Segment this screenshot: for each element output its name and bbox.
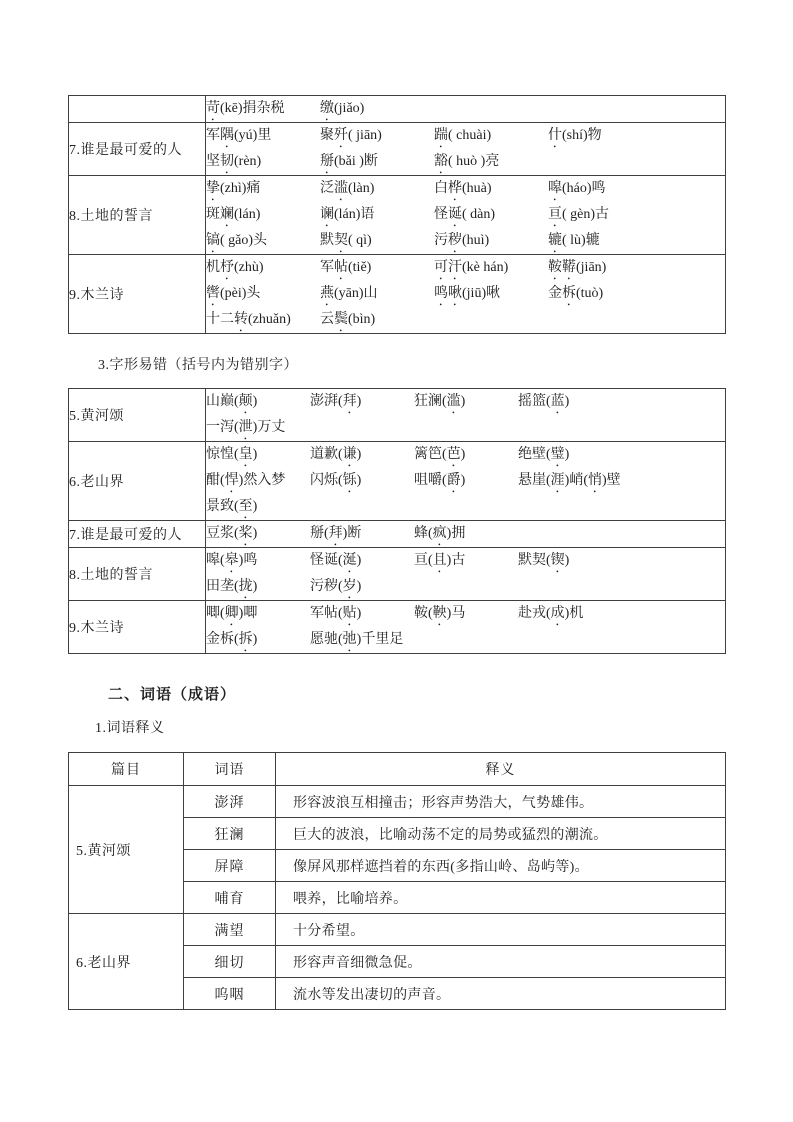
lesson-title-cell: 8.土地的誓言 <box>69 176 206 255</box>
emphasized-char: 隅 <box>220 128 234 143</box>
emphasized-char: 拢 <box>239 579 253 594</box>
terms-line: 山巅(颠)澎湃(拜)狂澜(滥)摇篮(蓝) <box>206 389 725 415</box>
terms-line: 辔(pèi)头燕(yān)山鸣啾(jiū)啾金柝(tuò) <box>206 281 725 307</box>
emphasized-char: 鬓 <box>334 312 348 327</box>
miswritten-table: 5.黄河颂山巅(颠)澎湃(拜)狂澜(滥)摇篮(蓝)一泻(泄)万丈6.老山界惊惶(… <box>68 388 726 654</box>
column-header-pianmu: 篇目 <box>69 753 184 786</box>
emphasized-char: 挚 <box>206 181 220 196</box>
term-entry: 缴(jiǎo) <box>320 96 426 124</box>
terms-line: 田垄(拢)污秽(岁) <box>206 574 725 600</box>
term-entry: 狂澜(滥) <box>414 389 510 417</box>
term-entry: 谰(lán)语 <box>320 202 426 230</box>
emphasized-char: 嗥 <box>548 181 562 196</box>
term-entry: 可汗(kè hán) <box>434 255 540 283</box>
lesson-title-cell: 9.木兰诗 <box>69 255 206 334</box>
word-cell: 屏障 <box>184 850 276 882</box>
table-row: 苛(kē)捐杂税缴(jiǎo) <box>69 96 726 123</box>
terms-cell: 挚(zhì)痛泛滥(làn)白桦(huà)嗥(háo)鸣斑斓(lán)谰(lán… <box>206 176 726 255</box>
term-entry: 聚歼( jiān) <box>320 123 426 151</box>
emphasized-char: 帖 <box>334 260 348 275</box>
word-cell: 狂澜 <box>184 818 276 850</box>
term-entry: 镐( gǎo)头 <box>206 228 312 256</box>
lesson-title-cell: 8.土地的誓言 <box>69 548 206 601</box>
term-entry: 亘(且)古 <box>414 548 510 576</box>
term-entry: 坚韧(rèn) <box>206 149 312 177</box>
emphasized-char: 涯 <box>551 473 565 488</box>
emphasized-char: 鞅 <box>433 606 447 621</box>
pinyin-table-body: 苛(kē)捐杂税缴(jiǎo)7.谁是最可爱的人军隅(yú)里聚歼( jiān)… <box>69 96 726 334</box>
term-entry: 绝壁(璧) <box>518 442 614 470</box>
emphasized-char: 斓 <box>220 207 234 222</box>
definition-header-row: 篇目 词语 释义 <box>69 753 726 786</box>
table-row: 9.木兰诗唧(卿)唧军帖(贴)鞍(鞅)马赴戎(成)机金柝(拆)愿驰(弛)千里足 <box>69 601 726 654</box>
emphasized-char: 谦 <box>343 447 357 462</box>
term-entry: 篱笆(芭) <box>414 442 510 470</box>
emphasized-char: 苛 <box>206 101 220 116</box>
section-heading-ciyu: 二、词语（成语） <box>108 684 726 706</box>
lesson-title-cell: 5.黄河颂 <box>69 389 206 442</box>
emphasized-char: 镐 <box>206 233 220 248</box>
term-entry: 澎湃(拜) <box>310 389 406 417</box>
emphasized-char: 贴 <box>343 606 357 621</box>
term-entry: 赴戎(成)机 <box>518 601 614 629</box>
term-entry: 云鬓(bìn) <box>320 307 426 335</box>
term-entry: 蜂(疯)拥 <box>414 521 510 549</box>
term-entry: 豁( huò )亮 <box>434 149 540 177</box>
definition-cell: 形容声音细微急促。 <box>276 946 726 978</box>
emphasized-char: 什 <box>548 128 562 143</box>
term-entry: 鞍(鞅)马 <box>414 601 510 629</box>
emphasized-char: 悍 <box>225 473 239 488</box>
emphasized-char: 秽 <box>448 233 462 248</box>
emphasized-char: 锲 <box>551 553 565 568</box>
terms-line: 镐( gǎo)头默契( qì)污秽(huì)辘( lù)辘 <box>206 228 725 254</box>
emphasized-char: 谰 <box>320 207 334 222</box>
definition-cell: 喂养，比喻培养。 <box>276 882 726 914</box>
emphasized-char: 韧 <box>220 154 234 169</box>
emphasized-char: 鸣啾 <box>434 286 462 301</box>
term-entry: 军帖(贴) <box>310 601 406 629</box>
emphasized-char: 转 <box>234 312 248 327</box>
term-entry: 金柝(拆) <box>206 627 302 655</box>
definition-cell: 十分希望。 <box>276 914 726 946</box>
term-entry: 掰(bǎi )断 <box>320 149 426 177</box>
emphasized-char: 杼 <box>220 260 234 275</box>
term-entry: 金柝(tuò) <box>548 281 654 309</box>
term-entry: 白桦(huà) <box>434 176 540 204</box>
term-entry: 默契( qì) <box>320 228 426 256</box>
table-row: 5.黄河颂山巅(颠)澎湃(拜)狂澜(滥)摇篮(蓝)一泻(泄)万丈 <box>69 389 726 442</box>
emphasized-char: 颠 <box>239 394 253 409</box>
emphasized-char: 拆 <box>239 632 253 647</box>
terms-line: 惊惶(皇)道歉(谦)篱笆(芭)绝壁(璧) <box>206 442 725 468</box>
definition-cell: 像屏风那样遮挡着的东西(多指山岭、岛屿等)。 <box>276 850 726 882</box>
emphasized-char: 岁 <box>343 579 357 594</box>
emphasized-char: 柝 <box>562 286 576 301</box>
table-row: 9.木兰诗机杼(zhù)军帖(tiě)可汗(kè hán)鞍鞯(jiān)辔(p… <box>69 255 726 334</box>
emphasized-char: 桨 <box>239 526 253 541</box>
emphasized-char: 皇 <box>239 447 253 462</box>
term-entry: 斑斓(lán) <box>206 202 312 230</box>
lesson-title-cell: 6.老山界 <box>69 442 206 521</box>
term-entry: 景致(至) <box>206 494 302 522</box>
emphasized-char: 可汗 <box>434 260 462 275</box>
term-entry: 机杼(zhù) <box>206 255 312 283</box>
lesson-title-cell: 5.黄河颂 <box>69 786 184 914</box>
emphasized-char: 诞 <box>448 207 462 222</box>
terms-line: 酣(悍)然入梦闪烁(铄)咀嚼(爵)悬崖(涯)峭(悄)壁 <box>206 468 725 494</box>
lesson-title-cell: 7.谁是最可爱的人 <box>69 521 206 548</box>
subsection-heading-shiyi: 1.词语释义 <box>95 719 726 739</box>
terms-cell: 机杼(zhù)军帖(tiě)可汗(kè hán)鞍鞯(jiān)辔(pèi)头燕… <box>206 255 726 334</box>
emphasized-char: 踹 <box>434 128 448 143</box>
emphasized-char: 掰 <box>320 154 334 169</box>
term-entry: 十二转(zhuǎn) <box>206 307 312 335</box>
emphasized-char: 滥 <box>447 394 461 409</box>
term-entry: 摇篮(蓝) <box>518 389 614 417</box>
term-entry: 军帖(tiě) <box>320 255 426 283</box>
table-row: 8.土地的誓言挚(zhì)痛泛滥(làn)白桦(huà)嗥(háo)鸣斑斓(lá… <box>69 176 726 255</box>
term-entry: 怪诞( dàn) <box>434 202 540 230</box>
terms-line: 苛(kē)捐杂税缴(jiǎo) <box>206 96 725 122</box>
terms-line: 金柝(拆)愿驰(弛)千里足 <box>206 627 725 653</box>
emphasized-char: 桦 <box>448 181 462 196</box>
terms-cell: 军隅(yú)里聚歼( jiān)踹( chuài)什(shí)物坚韧(rèn)掰… <box>206 123 726 176</box>
emphasized-char: 拜 <box>329 526 343 541</box>
definition-table-body: 篇目 词语 释义 5.黄河颂澎湃形容波浪互相撞击；形容声势浩大，气势雄伟。狂澜巨… <box>69 753 726 1010</box>
term-entry: 掰(拜)断 <box>310 521 406 549</box>
definition-table: 篇目 词语 释义 5.黄河颂澎湃形容波浪互相撞击；形容声势浩大，气势雄伟。狂澜巨… <box>68 752 726 1010</box>
terms-cell: 山巅(颠)澎湃(拜)狂澜(滥)摇篮(蓝)一泻(泄)万丈 <box>206 389 726 442</box>
term-entry: 亘( gèn)古 <box>548 202 654 230</box>
term-entry: 山巅(颠) <box>206 389 302 417</box>
terms-line: 斑斓(lán)谰(lán)语怪诞( dàn)亘( gèn)古 <box>206 202 725 228</box>
emphasized-char: 辘 <box>548 233 562 248</box>
terms-cell: 苛(kē)捐杂税缴(jiǎo) <box>206 96 726 123</box>
terms-cell: 唧(卿)唧军帖(贴)鞍(鞅)马赴戎(成)机金柝(拆)愿驰(弛)千里足 <box>206 601 726 654</box>
emphasized-char: 缴 <box>320 101 334 116</box>
terms-line: 豆浆(桨)掰(拜)断蜂(疯)拥 <box>206 521 725 547</box>
term-entry: 挚(zhì)痛 <box>206 176 312 204</box>
definition-row: 5.黄河颂澎湃形容波浪互相撞击；形容声势浩大，气势雄伟。 <box>69 786 726 818</box>
term-entry: 辘( lù)辘 <box>548 228 654 256</box>
term-entry: 酣(悍)然入梦 <box>206 468 302 496</box>
emphasized-char: 蓝 <box>551 394 565 409</box>
term-entry: 苛(kē)捐杂税 <box>206 96 312 124</box>
emphasized-char: 皋 <box>225 553 239 568</box>
table-row: 7.谁是最可爱的人豆浆(桨)掰(拜)断蜂(疯)拥 <box>69 521 726 548</box>
emphasized-char: 弛 <box>343 632 357 647</box>
term-entry: 悬崖(涯)峭(悄)壁 <box>518 468 621 496</box>
emphasized-char: 璧 <box>551 447 565 462</box>
terms-line: 嗥(皋)鸣怪诞(涎)亘(且)古默契(锲) <box>206 548 725 574</box>
emphasized-char: 亘 <box>548 207 562 222</box>
term-entry: 军隅(yú)里 <box>206 123 312 151</box>
pinyin-table: 苛(kē)捐杂税缴(jiǎo)7.谁是最可爱的人军隅(yú)里聚歼( jiān)… <box>68 95 726 334</box>
term-entry: 鞍鞯(jiān) <box>548 255 654 283</box>
term-entry: 嗥(皋)鸣 <box>206 548 302 576</box>
lesson-title-cell: 9.木兰诗 <box>69 601 206 654</box>
emphasized-char: 歼 <box>334 128 348 143</box>
document-page: 苛(kē)捐杂税缴(jiǎo)7.谁是最可爱的人军隅(yú)里聚歼( jiān)… <box>0 0 793 1122</box>
emphasized-char: 成 <box>551 606 565 621</box>
term-entry: 泛滥(làn) <box>320 176 426 204</box>
term-entry: 一泻(泄)万丈 <box>206 415 302 443</box>
terms-line: 一泻(泄)万丈 <box>206 415 725 441</box>
terms-line: 挚(zhì)痛泛滥(làn)白桦(huà)嗥(háo)鸣 <box>206 176 725 202</box>
emphasized-char: 悄 <box>588 473 602 488</box>
terms-line: 军隅(yú)里聚歼( jiān)踹( chuài)什(shí)物 <box>206 123 725 149</box>
term-entry: 踹( chuài) <box>434 123 540 151</box>
term-entry: 田垄(拢) <box>206 574 302 602</box>
table-row: 7.谁是最可爱的人军隅(yú)里聚歼( jiān)踹( chuài)什(shí)… <box>69 123 726 176</box>
emphasized-char: 且 <box>433 553 447 568</box>
emphasized-char: 滥 <box>334 181 348 196</box>
term-entry: 污秽(岁) <box>310 574 406 602</box>
emphasized-char: 爵 <box>447 473 461 488</box>
emphasized-char: 燕 <box>320 286 334 301</box>
term-entry: 什(shí)物 <box>548 123 654 151</box>
term-entry: 唧(卿)唧 <box>206 601 302 629</box>
term-entry: 怪诞(涎) <box>310 548 406 576</box>
word-cell: 细切 <box>184 946 276 978</box>
word-cell: 澎湃 <box>184 786 276 818</box>
term-entry: 闪烁(铄) <box>310 468 406 496</box>
term-entry: 愿驰(弛)千里足 <box>310 627 406 655</box>
column-header-ciyu: 词语 <box>184 753 276 786</box>
definition-cell: 流水等发出凄切的声音。 <box>276 978 726 1010</box>
column-header-shiyi: 释义 <box>276 753 726 786</box>
table-row: 6.老山界惊惶(皇)道歉(谦)篱笆(芭)绝壁(璧)酣(悍)然入梦闪烁(铄)咀嚼(… <box>69 442 726 521</box>
emphasized-char: 涎 <box>343 553 357 568</box>
term-entry: 鸣啾(jiū)啾 <box>434 281 540 309</box>
emphasized-char: 契 <box>334 233 348 248</box>
terms-line: 唧(卿)唧军帖(贴)鞍(鞅)马赴戎(成)机 <box>206 601 725 627</box>
emphasized-char: 卿 <box>225 606 239 621</box>
term-entry: 豆浆(桨) <box>206 521 302 549</box>
term-entry: 默契(锲) <box>518 548 614 576</box>
definition-cell: 形容波浪互相撞击；形容声势浩大，气势雄伟。 <box>276 786 726 818</box>
emphasized-char: 拜 <box>343 394 357 409</box>
word-cell: 满望 <box>184 914 276 946</box>
terms-line: 十二转(zhuǎn)云鬓(bìn) <box>206 307 725 333</box>
word-cell: 哺育 <box>184 882 276 914</box>
terms-cell: 豆浆(桨)掰(拜)断蜂(疯)拥 <box>206 521 726 548</box>
term-entry: 污秽(huì) <box>434 228 540 256</box>
term-entry: 燕(yān)山 <box>320 281 426 309</box>
term-entry: 道歉(谦) <box>310 442 406 470</box>
emphasized-char: 辔 <box>206 286 220 301</box>
lesson-title-cell: 7.谁是最可爱的人 <box>69 123 206 176</box>
terms-line: 景致(至) <box>206 494 725 520</box>
emphasized-char: 至 <box>239 499 253 514</box>
emphasized-char: 泄 <box>239 420 253 435</box>
section-heading-zixing: 3.字形易错（括号内为错别字） <box>98 356 726 376</box>
definition-row: 6.老山界满望十分希望。 <box>69 914 726 946</box>
miswritten-table-body: 5.黄河颂山巅(颠)澎湃(拜)狂澜(滥)摇篮(蓝)一泻(泄)万丈6.老山界惊惶(… <box>69 389 726 654</box>
terms-line: 坚韧(rèn)掰(bǎi )断豁( huò )亮 <box>206 149 725 175</box>
term-entry: 嗥(háo)鸣 <box>548 176 654 204</box>
terms-line: 机杼(zhù)军帖(tiě)可汗(kè hán)鞍鞯(jiān) <box>206 255 725 281</box>
emphasized-char: 铄 <box>343 473 357 488</box>
emphasized-char: 豁 <box>434 154 448 169</box>
word-cell: 呜咽 <box>184 978 276 1010</box>
table-row: 8.土地的誓言嗥(皋)鸣怪诞(涎)亘(且)古默契(锲)田垄(拢)污秽(岁) <box>69 548 726 601</box>
term-entry: 辔(pèi)头 <box>206 281 312 309</box>
term-entry: 惊惶(皇) <box>206 442 302 470</box>
terms-cell: 惊惶(皇)道歉(谦)篱笆(芭)绝壁(璧)酣(悍)然入梦闪烁(铄)咀嚼(爵)悬崖(… <box>206 442 726 521</box>
lesson-title-cell: 6.老山界 <box>69 914 184 1010</box>
emphasized-char: 疯 <box>433 526 447 541</box>
terms-cell: 嗥(皋)鸣怪诞(涎)亘(且)古默契(锲)田垄(拢)污秽(岁) <box>206 548 726 601</box>
term-entry: 咀嚼(爵) <box>414 468 510 496</box>
definition-cell: 巨大的波浪，比喻动荡不定的局势或猛烈的潮流。 <box>276 818 726 850</box>
lesson-title-cell <box>69 96 206 123</box>
emphasized-char: 鞍鞯 <box>548 260 576 275</box>
emphasized-char: 芭 <box>447 447 461 462</box>
